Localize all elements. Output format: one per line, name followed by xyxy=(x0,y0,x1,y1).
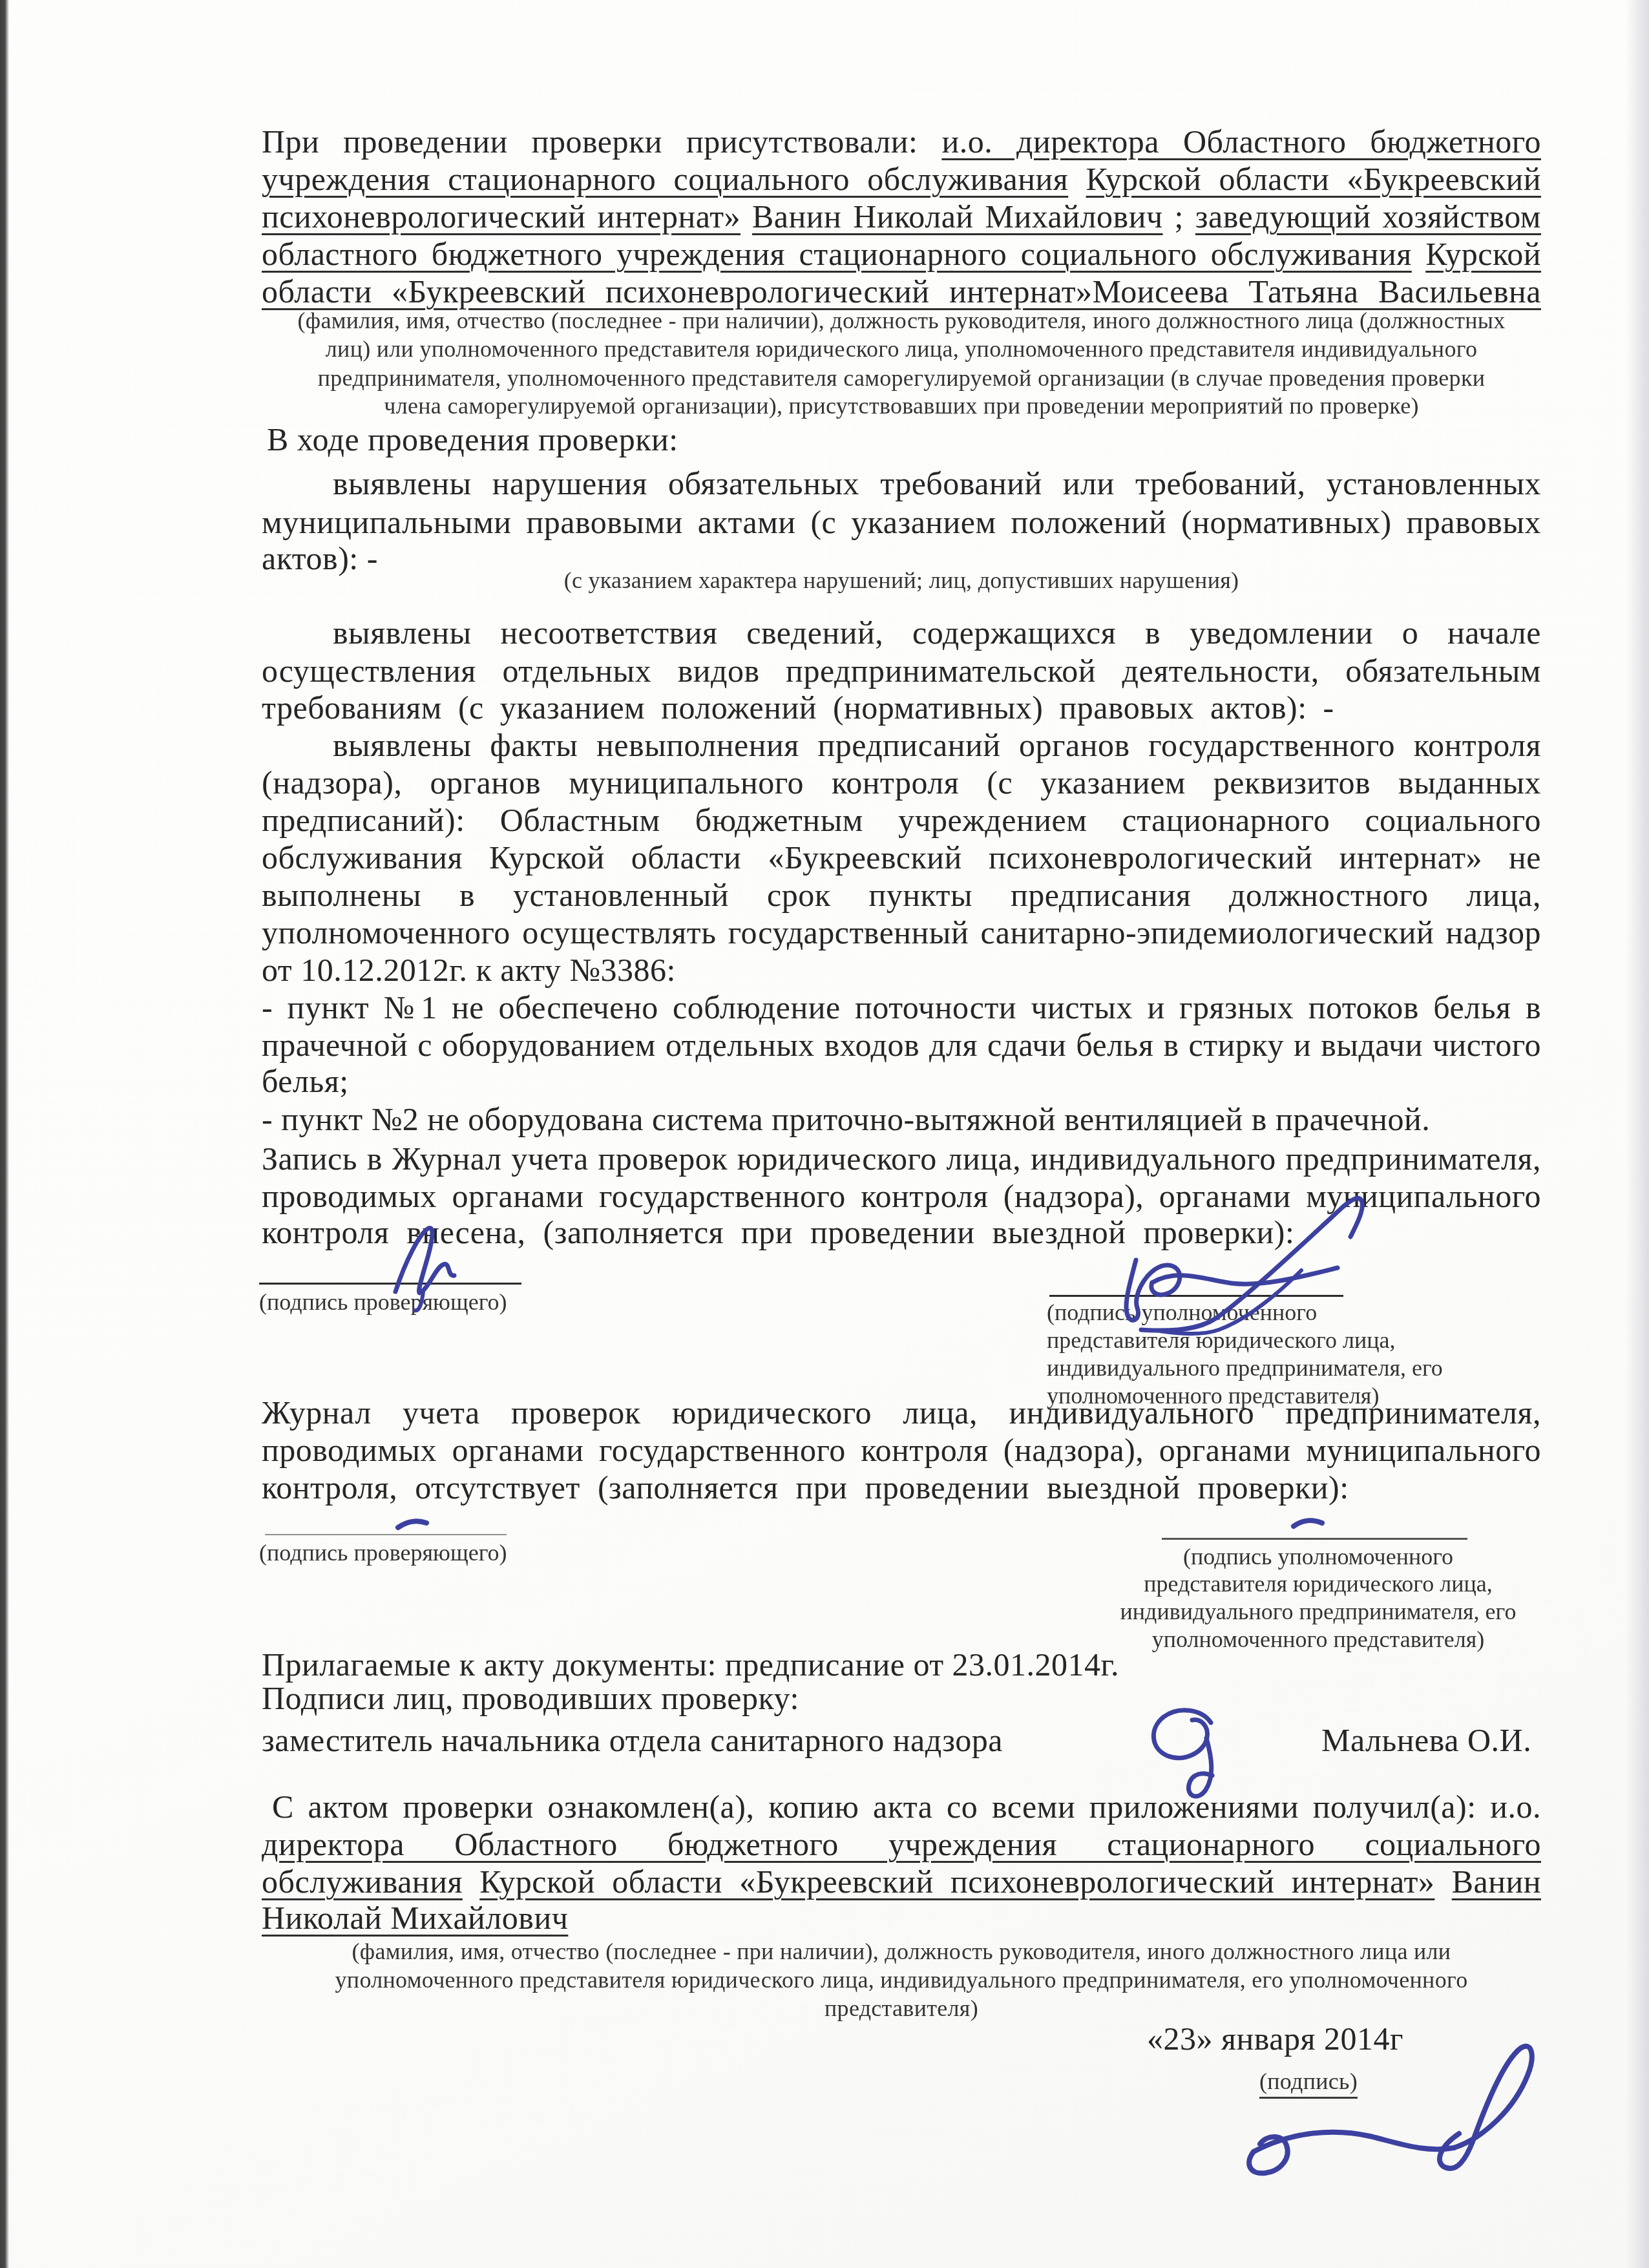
signature-caption-representative-1a: (подпись уполномоченного xyxy=(1047,1300,1447,1326)
item2-line: - пункт №2 не оборудована система приточ… xyxy=(262,1101,1541,1139)
attachments-line: Прилагаемые к акту документы: предписани… xyxy=(262,1646,1541,1684)
vanin-signature-o-ink xyxy=(1249,2137,1288,2173)
scanned-inspection-act-page: При проведении проверки присутствовали: … xyxy=(0,0,1649,2268)
facts-line-4: обслуживания Курской области «Букреевски… xyxy=(262,839,1541,877)
attendees-line-1: При проведении проверки присутствовали: … xyxy=(262,123,1541,161)
facts-line-6: уполномоченного осуществлять государстве… xyxy=(262,914,1541,952)
attendees-caption-line-3: предпринимателя, уполномоченного предста… xyxy=(262,366,1541,392)
discrepancies-line-1: выявлены несоответствия сведений, содерж… xyxy=(262,614,1541,652)
acquainted-line-3: обслуживания Курской области «Букреевски… xyxy=(262,1864,1541,1901)
facts-line-5: выполнены в установленный срок пункты пр… xyxy=(262,877,1541,914)
acquainted-caption-line-3: представителя) xyxy=(262,1996,1541,2022)
sign-label: (подпись) xyxy=(1231,2069,1386,2095)
acquainted-line-1: С актом проверки ознакомлен(а), копию ак… xyxy=(262,1789,1541,1826)
item1-line-2: прачечной с оборудованием отдельных вход… xyxy=(262,1027,1541,1064)
vanin-signature-loop-ink xyxy=(1440,2046,1532,2168)
signatures-heading: Подписи лиц, проводивших проверку: xyxy=(262,1680,1541,1717)
signature-caption-representative-2a: (подпись уполномоченного xyxy=(1098,1544,1538,1570)
journal-absent-line-1: Журнал учета проверок юридического лица,… xyxy=(262,1394,1541,1432)
journal-entry-line-1: Запись в Журнал учета проверок юридическ… xyxy=(262,1140,1541,1178)
facts-line-7: от 10.12.2012г. к акту №3386: xyxy=(262,952,1541,989)
acquainted-caption-line-1: (фамилия, имя, отчество (последнее - при… xyxy=(262,1939,1541,1965)
violations-caption: (с указанием характера нарушений; лиц, д… xyxy=(262,568,1541,594)
signature-line-inspector-1 xyxy=(259,1283,521,1285)
acquainted-line-2: директора Областного бюджетного учрежден… xyxy=(262,1826,1541,1864)
attendees-caption-line-2: лиц) или уполномоченного представителя ю… xyxy=(262,337,1541,362)
signature-caption-representative-1c: индивидуального предпринимателя, его xyxy=(1047,1356,1447,1381)
discrepancies-line-2: осуществления отдельных видов предприним… xyxy=(262,653,1541,690)
signature-line-representative-2 xyxy=(1162,1538,1467,1540)
discrepancies-line-3: требованиям (с указанием положений (норм… xyxy=(262,689,1541,727)
attendees-caption-line-4: члена саморегулируемой организации), при… xyxy=(262,394,1541,419)
attendees-line-5: области «Букреевский психоневрологически… xyxy=(262,273,1541,311)
vanin-signature-sweep-ink xyxy=(1254,2132,1454,2152)
attendees-line-2: учреждения стационарного социального обс… xyxy=(262,161,1541,198)
facts-line-3: предписаний): Областным бюджетным учрежд… xyxy=(262,802,1541,839)
signature-caption-inspector-1: (подпись проверяющего) xyxy=(259,1290,582,1316)
acquainted-caption-line-2: уполномоченного представителя юридическо… xyxy=(262,1968,1541,1993)
signature-caption-inspector-2: (подпись проверяющего) xyxy=(259,1540,582,1566)
journal-absent-line-3: контроля, отсутствует (заполняется при п… xyxy=(262,1469,1541,1507)
representative-tick-2-ink xyxy=(1294,1520,1322,1526)
inspector-tick-2-ink xyxy=(398,1521,426,1528)
signature-caption-representative-2c: индивидуального предпринимателя, его xyxy=(1098,1599,1538,1625)
representative-signature-1-wave-ink xyxy=(1152,1268,1338,1284)
journal-entry-line-3: контроля внесена, (заполняется при прове… xyxy=(262,1214,1541,1252)
facts-line-1: выявлены факты невыполнения предписаний … xyxy=(262,727,1541,764)
signature-line-representative-1 xyxy=(1049,1295,1343,1297)
violations-line-1: выявлены нарушения обязательных требован… xyxy=(262,465,1541,503)
in-course-heading: В ходе проведения проверки: xyxy=(267,421,1546,459)
signature-caption-representative-1b: представителя юридического лица, xyxy=(1047,1328,1447,1354)
facts-line-2: (надзора), органов муниципального контро… xyxy=(262,764,1541,802)
acquainted-line-4: Николай Михайлович xyxy=(262,1900,1541,1937)
attendees-line-3: психоневрологический интернат» Ванин Ник… xyxy=(262,198,1541,236)
scan-edge-shadow-right xyxy=(1626,0,1649,2268)
scan-edge-shadow-left xyxy=(0,0,9,2268)
inspector-name: Мальнева О.И. xyxy=(1321,1722,1619,1759)
signature-line-inspector-2 xyxy=(265,1534,507,1535)
date-line: «23» января 2014г xyxy=(1147,2021,1535,2058)
item1-line-3: белья; xyxy=(262,1063,1541,1100)
journal-entry-line-2: проводимых органами государственного кон… xyxy=(262,1178,1541,1215)
item1-line-1: - пункт №1 не обеспечено соблюдение пото… xyxy=(262,989,1541,1027)
signature-caption-representative-2b: представителя юридического лица, xyxy=(1098,1571,1538,1597)
violations-line-2: муниципальными правовыми актами (с указа… xyxy=(262,504,1541,541)
journal-absent-line-2: проводимых органами государственного кон… xyxy=(262,1432,1541,1469)
attendees-caption-line-1: (фамилия, имя, отчество (последнее - при… xyxy=(262,308,1541,334)
attendees-line-4: областного бюджетного учреждения стацион… xyxy=(262,236,1541,273)
